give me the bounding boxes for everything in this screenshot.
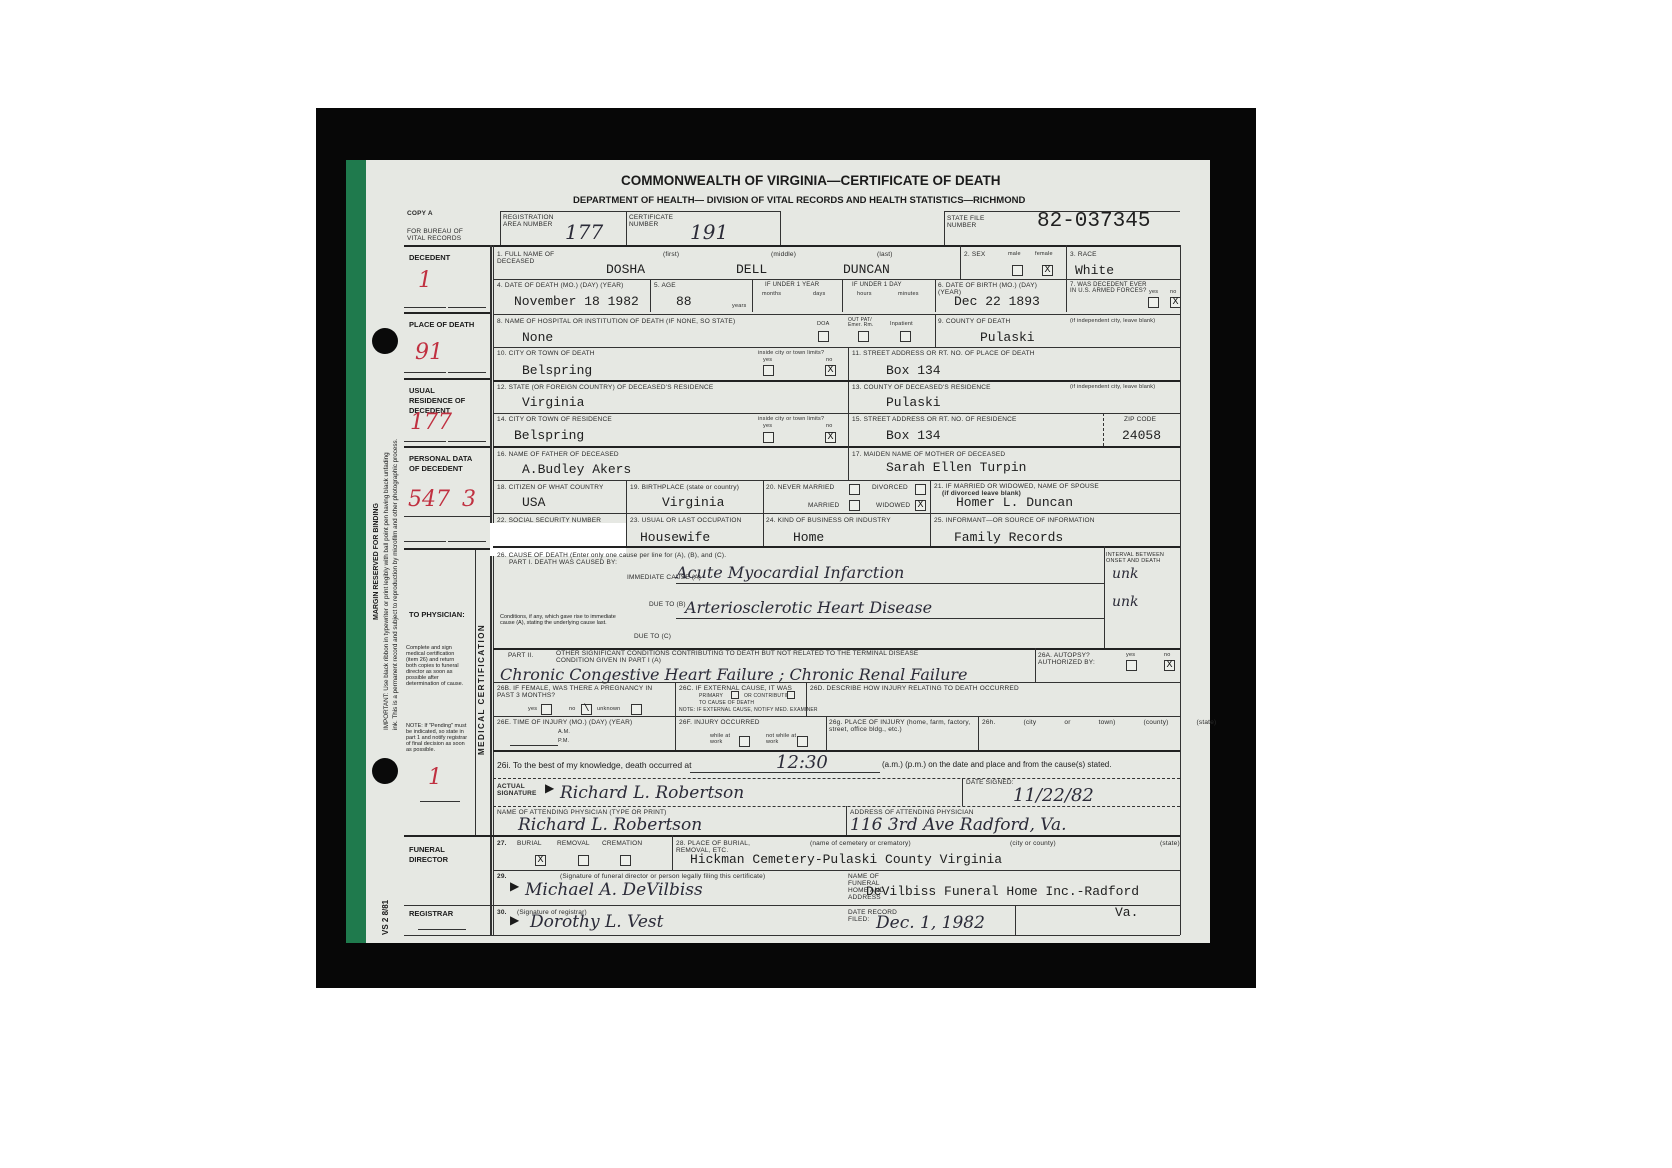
to-physician-label: TO PHYSICIAN: [409, 610, 465, 620]
field-23-label: 23. USUAL OR LAST OCCUPATION [630, 517, 742, 524]
copy-label: COPY A [407, 210, 433, 217]
autopsy-yes-checkbox[interactable] [1126, 660, 1137, 671]
physician-name-value: Richard L. Robertson [518, 815, 702, 835]
binding-margin-label: MARGIN RESERVED FOR BINDING [373, 503, 380, 620]
pregnancy-unknown-label: unknown [597, 706, 620, 712]
mother-value: Sarah Ellen Turpin [886, 460, 1026, 475]
physician-instruction: Complete and sign medical certification … [406, 645, 466, 687]
cause-a-value: Acute Myocardial Infarction [676, 563, 904, 582]
limits-yes-label-1: yes [763, 357, 772, 363]
field-5-label: 5. AGE [654, 282, 676, 289]
field-26-label: 26. CAUSE OF DEATH (Enter only one cause… [497, 552, 726, 559]
city-of-death-value: Belspring [522, 363, 592, 378]
married-label: MARRIED [808, 502, 839, 509]
field-11-label: 11. STREET ADDRESS OR RT. NO. OF PLACE O… [852, 350, 1035, 357]
field-7-label: 7. WAS DECEDENT EVER IN U.S. ARMED FORCE… [1070, 282, 1148, 294]
race-value: White [1075, 263, 1114, 278]
field-14-label: 14. CITY OR TOWN OF RESIDENCE [497, 416, 612, 423]
outpatient-label: OUT PAT/ Emer. Rm. [848, 318, 880, 328]
doa-label: DOA [817, 321, 830, 327]
date-signed-label: DATE SIGNED: [966, 779, 1014, 786]
state-residence-value: Virginia [522, 395, 584, 410]
field-26g-label: 26g. PLACE OF INJURY (home, farm, factor… [829, 719, 974, 733]
document-subtitle: DEPARTMENT OF HEALTH— DIVISION OF VITAL … [573, 195, 1025, 206]
field-16-label: 16. NAME OF FATHER OF DECEASED [497, 451, 619, 458]
certificate-label: CERTIFICATE NUMBER [629, 214, 679, 228]
field-20-label: 20. NEVER MARRIED [766, 484, 834, 491]
first-name-label: (first) [663, 251, 679, 258]
independent-city-note-1: (if independent city, leave blank) [1070, 318, 1155, 324]
field-4-label: 4. DATE OF DEATH (mo.) (day) (year) [497, 282, 624, 289]
county-of-death-value: Pulaski [980, 330, 1035, 345]
hours-label: hours [857, 291, 872, 297]
section-place-of-death: PLACE OF DEATH [409, 320, 479, 330]
burial-place-value: Hickman Cemetery-Pulaski County Virginia [690, 852, 1002, 867]
funeral-home-value: DeVilbiss Funeral Home Inc.-Radford [866, 884, 1139, 899]
pregnancy-no-label: no [569, 706, 576, 712]
personal-code-a: 547 [408, 487, 450, 512]
birthplace-value: Virginia [662, 495, 724, 510]
doa-checkbox[interactable] [818, 331, 829, 342]
field-3-label: 3. RACE [1070, 251, 1097, 258]
field-9-label: 9. COUNTY OF DEATH [938, 318, 1010, 325]
armed-forces-no-checkbox[interactable]: X [1170, 297, 1181, 308]
citizen-value: USA [522, 495, 545, 510]
interval-b-value: unk [1112, 594, 1139, 610]
physician-signature: Richard L. Robertson [560, 783, 744, 803]
due-to-c-label: DUE TO (C) [634, 633, 671, 640]
field-26h-label: 26h. (city or town) (county) (state) [982, 719, 1216, 726]
certificate-number: 191 [690, 220, 728, 244]
field-26d-label: 26d. DESCRIBE HOW INJURY RELATING TO DEA… [810, 685, 1019, 692]
sex-male-checkbox[interactable] [1012, 265, 1023, 276]
personal-code-b: 3 [462, 487, 476, 512]
funeral-signature-arrow-icon: ▶ [510, 879, 519, 893]
field-8-label: 8. NAME OF HOSPITAL OR INSTITUTION OF DE… [497, 318, 735, 325]
residence-code: 177 [410, 410, 452, 435]
burial-label: BURIAL [517, 840, 542, 847]
autopsy-no-label: no [1164, 652, 1171, 658]
removal-label: REMOVAL [557, 840, 590, 847]
death-inside-limits-yes-checkbox[interactable] [763, 365, 774, 376]
important-note-2: ink. This is a permanent record and subj… [392, 439, 399, 730]
registration-number: 177 [565, 220, 603, 244]
field-29-label: 29. [497, 873, 507, 880]
father-value: A.Budley Akers [522, 462, 631, 477]
zip-label: ZIP CODE [1124, 416, 1156, 423]
last-name-value: DUNCAN [843, 262, 890, 277]
date-filed-value: Dec. 1, 1982 [876, 913, 985, 933]
male-label: male [1008, 251, 1021, 257]
street-of-death-value: Box 134 [886, 363, 941, 378]
first-name-value: DOSHA [606, 262, 645, 277]
female-label: female [1035, 251, 1053, 257]
funeral-home-state: Va. [1115, 905, 1138, 920]
signature-arrow-icon: ▶ [545, 781, 554, 795]
registration-label: REGISTRATION AREA NUMBER [503, 214, 563, 228]
autopsy-label: 26a. AUTOPSY? AUTHORIZED BY: [1038, 652, 1118, 666]
spouse-value: Homer L. Duncan [956, 495, 1073, 510]
field-30-label: 30. [497, 909, 507, 916]
not-while-at-work-checkbox[interactable] [797, 736, 808, 747]
outpatient-checkbox[interactable] [858, 331, 869, 342]
state-file-label: STATE FILE NUMBER [947, 215, 997, 229]
inpatient-checkbox[interactable] [900, 331, 911, 342]
green-binding-stripe [346, 160, 366, 943]
informant-value: Family Records [954, 530, 1063, 545]
days-label: days [813, 291, 825, 297]
never-married-checkbox[interactable] [849, 484, 860, 495]
divorced-label: DIVORCED [872, 484, 908, 491]
conditions-note: Conditions, if any, which gave rise to i… [500, 614, 625, 626]
registrar-signature-arrow-icon: ▶ [510, 913, 519, 927]
punch-hole-top [372, 328, 398, 354]
while-at-work-checkbox[interactable] [739, 736, 750, 747]
funeral-director-signature: Michael A. DeVilbiss [525, 880, 703, 900]
married-checkbox[interactable] [849, 500, 860, 511]
sex-female-checkbox[interactable]: X [1042, 265, 1053, 276]
occupation-value: Housewife [640, 530, 710, 545]
am-pm-label: A.M. P.M. [558, 728, 572, 746]
part-2-text: OTHER SIGNIFICANT CONDITIONS CONTRIBUTIN… [556, 650, 936, 664]
field-17-label: 17. MAIDEN NAME OF MOTHER OF DECEASED [852, 451, 1005, 458]
industry-value: Home [793, 530, 824, 545]
state-file-number: 82-037345 [1037, 210, 1150, 233]
external-cause-note: NOTE: IF EXTERNAL CAUSE, NOTIFY MED. EXA… [679, 707, 818, 713]
field-24-label: 24. KIND OF BUSINESS OR INDUSTRY [766, 517, 891, 524]
months-label: months [762, 291, 781, 297]
field-19-label: 19. BIRTHPLACE (state or country) [630, 484, 739, 491]
armed-forces-yes-checkbox[interactable] [1148, 297, 1159, 308]
county-residence-value: Pulaski [886, 395, 941, 410]
part-1-label: PART I. DEATH WAS CAUSED BY: [509, 559, 617, 566]
armed-no-label: no [1170, 289, 1177, 295]
cause-b-value: Arteriosclerotic Heart Disease [685, 598, 932, 617]
inpatient-label: Inpatient [890, 321, 913, 327]
field-12-label: 12. STATE (OR FOREIGN COUNTRY) OF DECEAS… [497, 384, 713, 391]
age-value: 88 [676, 294, 692, 309]
part-2-label: PART II. [508, 652, 533, 659]
independent-city-note-2: (if independent city, leave blank) [1070, 384, 1155, 390]
last-name-label: (last) [877, 251, 893, 258]
field-1-label: 1. FULL NAME OF DECEASED [497, 251, 567, 265]
contributing-checkbox[interactable] [787, 691, 795, 699]
burial-checkbox[interactable]: X [535, 855, 546, 866]
minutes-label: minutes [898, 291, 919, 297]
interval-a-value: unk [1112, 566, 1139, 582]
pending-note: NOTE: If "Pending" must be indicated, so… [406, 723, 468, 753]
street-residence-value: Box 134 [886, 428, 941, 443]
form-number: VS 2 8/81 [381, 900, 390, 935]
city-residence-value: Belspring [514, 428, 584, 443]
pregnancy-yes-label: yes [528, 706, 537, 712]
section-personal-data: PERSONAL DATA OF DECEDENT [409, 454, 479, 474]
copy-sub-label: FOR BUREAU OF VITAL RECORDS [407, 228, 467, 242]
interval-label: INTERVAL BETWEEN ONSET AND DEATH [1106, 552, 1178, 564]
time-of-death-value: 12:30 [776, 752, 828, 773]
middle-name-value: DELL [736, 262, 767, 277]
field-21-label: 21. IF MARRIED OR WIDOWED, NAME OF SPOUS… [934, 483, 1099, 490]
field-10-label: 10. CITY OR TOWN OF DEATH [497, 350, 595, 357]
while-at-work-label: while at work [710, 733, 742, 745]
field-13-label: 13. COUNTY OF DECEASED'S RESIDENCE [852, 384, 991, 391]
pregnancy-unknown-checkbox[interactable] [631, 704, 642, 715]
death-inside-limits-no-checkbox[interactable]: X [825, 365, 836, 376]
section-decedent: DECEDENT [409, 253, 450, 263]
city-county-note: (city or county) [1010, 840, 1056, 847]
date-signed-value: 11/22/82 [1013, 785, 1094, 806]
field-2-label: 2. SEX [964, 251, 985, 258]
section-funeral-director: FUNERAL DIRECTOR [409, 845, 479, 865]
under-day-label: IF UNDER 1 DAY [852, 282, 902, 288]
field-15-label: 15. STREET ADDRESS OR RT. NO. OF RESIDEN… [852, 416, 1017, 423]
signature-label: ACTUAL SIGNATURE [497, 783, 535, 797]
medical-certification-label: MEDICAL CERTIFICATION [477, 624, 486, 755]
to-cause-label: TO CAUSE OF DEATH [699, 700, 754, 706]
document-title: COMMONWEALTH OF VIRGINIA—CERTIFICATE OF … [621, 173, 1000, 188]
inside-limits-label-2: inside city or town limits? [758, 416, 824, 422]
cremation-label: CREMATION [602, 840, 642, 847]
removal-checkbox[interactable] [578, 855, 589, 866]
primary-label: PRIMARY [699, 693, 723, 699]
cremation-checkbox[interactable] [620, 855, 631, 866]
physician-code: 1 [428, 765, 442, 790]
residence-inside-limits-yes-checkbox[interactable] [763, 432, 774, 443]
field-26i-suffix: (a.m.) (p.m.) on the date and place and … [882, 760, 1111, 769]
pregnancy-no-checkbox[interactable]: \ [581, 704, 592, 715]
limits-no-label-1: no [826, 357, 833, 363]
place-of-death-code: 91 [415, 340, 443, 365]
due-to-b-label: DUE TO (B) [649, 601, 686, 608]
field-25-label: 25. INFORMANT—OR SOURCE OF INFORMATION [934, 517, 1095, 524]
residence-inside-limits-no-checkbox[interactable]: X [825, 432, 836, 443]
cemetery-note: (name of cemetery or crematory) [810, 840, 911, 847]
autopsy-yes-label: yes [1126, 652, 1135, 658]
divorced-checkbox[interactable] [915, 484, 926, 495]
registrar-signature: Dorothy L. Vest [530, 912, 663, 932]
field-26f-label: 26f. INJURY OCCURRED [679, 719, 760, 726]
decedent-code: 1 [418, 268, 432, 293]
date-of-birth-value: Dec 22 1893 [954, 294, 1040, 309]
date-of-death-value: November 18 1982 [514, 294, 639, 309]
field-26i-text: 26i. To the best of my knowledge, death … [497, 760, 692, 770]
field-18-label: 18. CITIZEN OF WHAT COUNTRY [497, 484, 604, 491]
widowed-label: WIDOWED [876, 502, 910, 509]
limits-yes-label-2: yes [763, 423, 772, 429]
years-label: years [732, 303, 746, 309]
field-26b-label: 26b. IF FEMALE, WAS THERE A PREGNANCY IN… [497, 685, 667, 699]
pregnancy-yes-checkbox[interactable] [541, 704, 552, 715]
field-26e-label: 26e. TIME OF INJURY (mo.) (day) (year) [497, 719, 632, 726]
field-27-label: 27. [497, 840, 507, 847]
hospital-value: None [522, 330, 553, 345]
autopsy-no-checkbox[interactable]: X [1164, 660, 1175, 671]
important-note-1: IMPORTANT: Use black ribbon in typewrite… [383, 452, 390, 730]
punch-hole-bottom [372, 758, 398, 784]
under-year-label: IF UNDER 1 YEAR [765, 282, 819, 288]
physician-address-value: 116 3rd Ave Radford, Va. [850, 815, 1067, 835]
state-note: (state) [1160, 840, 1180, 847]
limits-no-label-2: no [826, 423, 833, 429]
inside-limits-label-1: inside city or town limits? [758, 350, 824, 356]
armed-yes-label: yes [1149, 289, 1158, 295]
zip-value: 24058 [1122, 428, 1161, 443]
section-registrar: REGISTRAR [409, 909, 453, 919]
widowed-checkbox[interactable]: X [915, 500, 926, 511]
middle-name-label: (middle) [771, 251, 796, 258]
primary-checkbox[interactable] [731, 691, 739, 699]
funeral-signature-note: (Signature of funeral director or person… [560, 873, 765, 880]
